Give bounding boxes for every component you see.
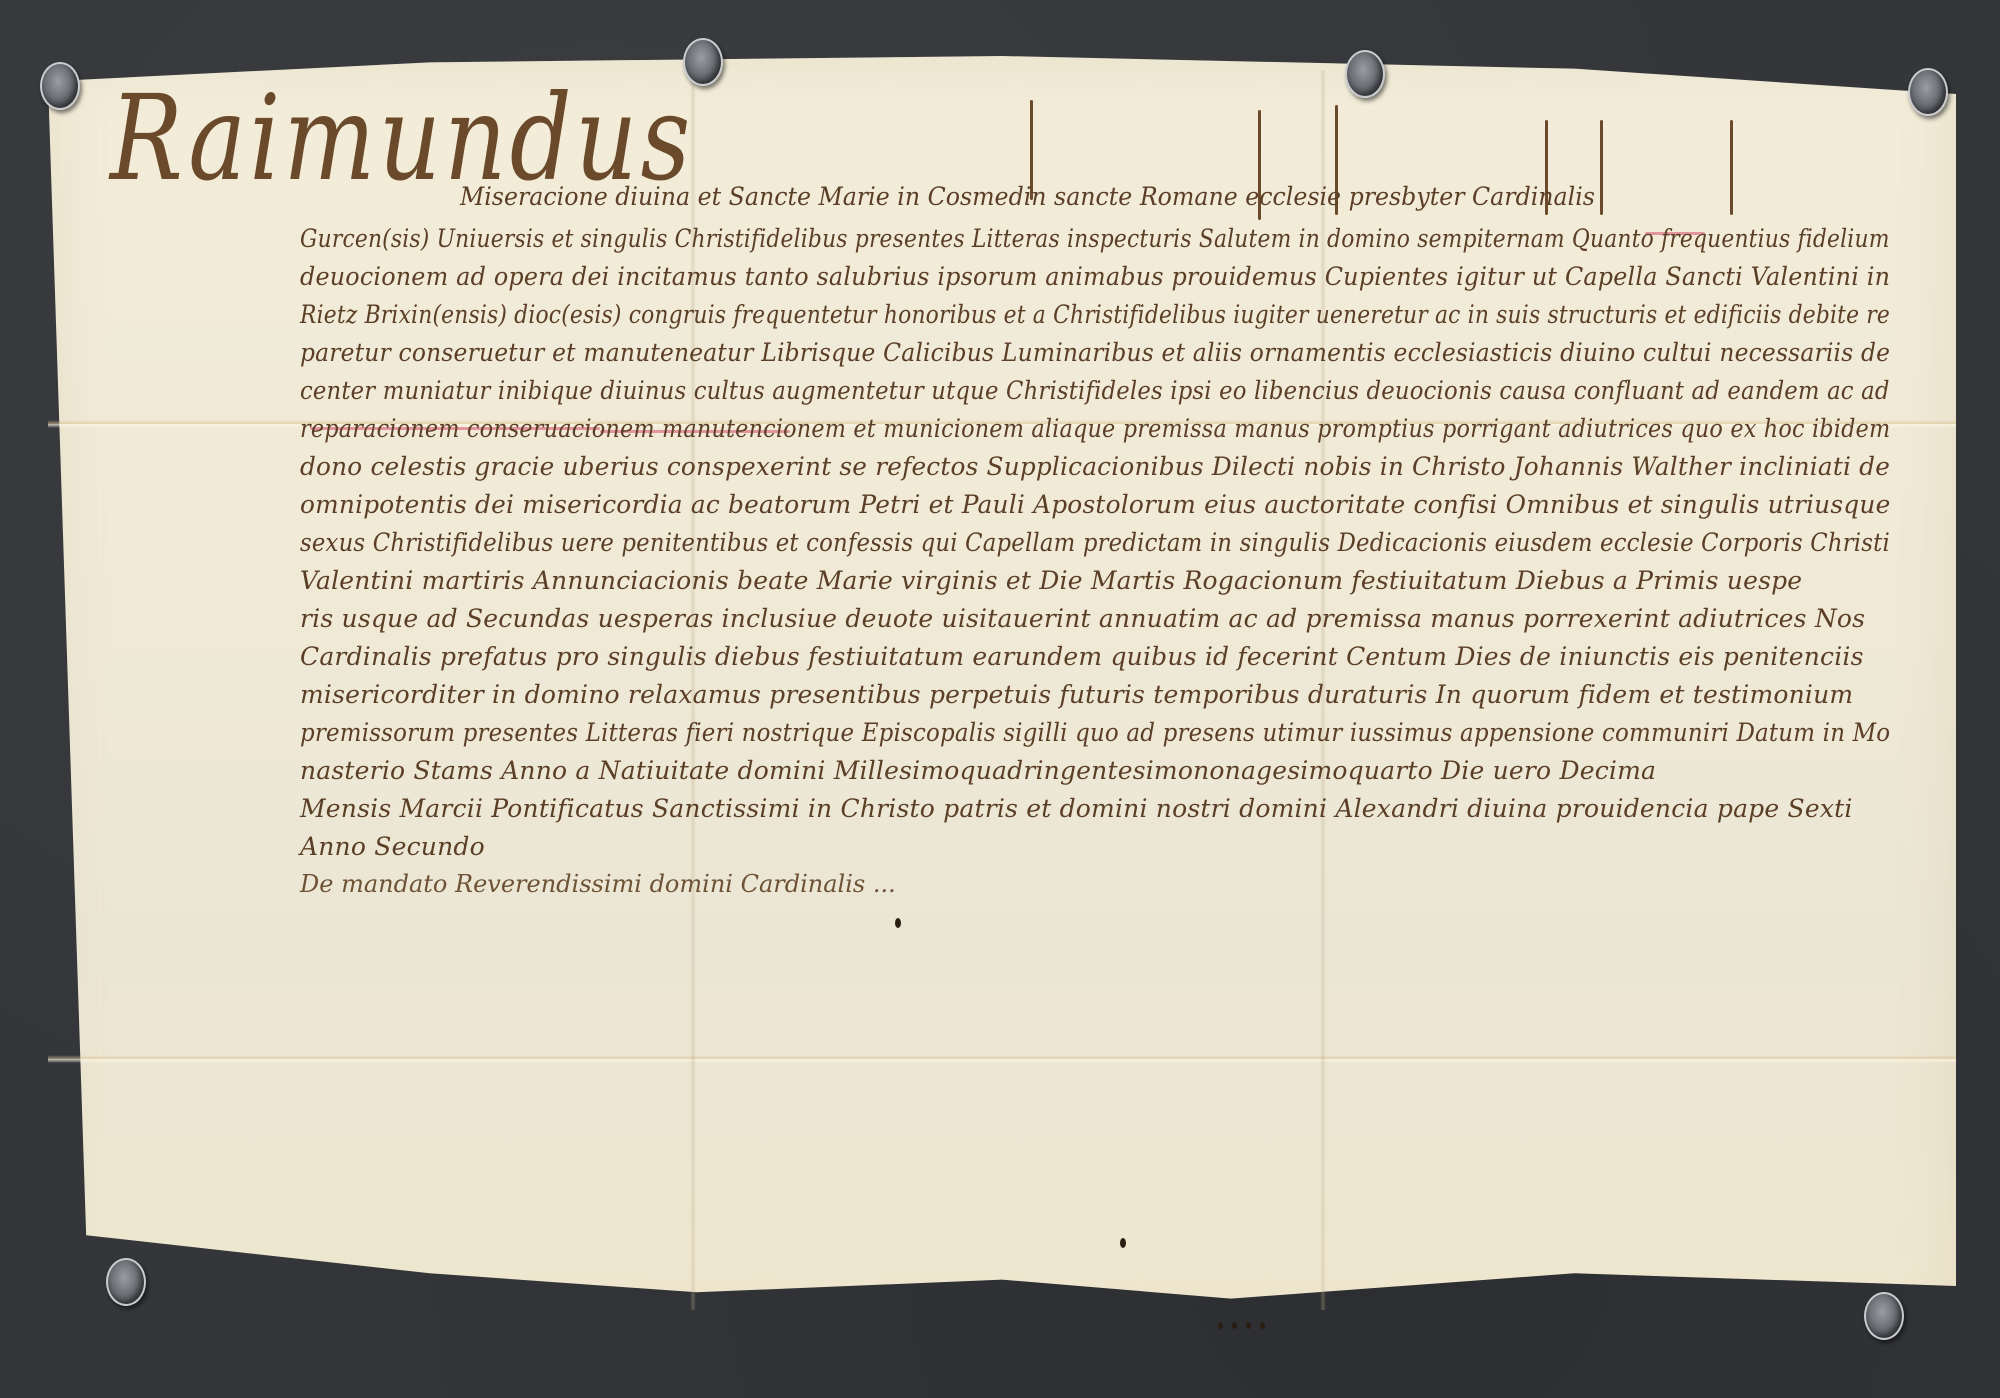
magnet-pin [1908, 68, 1948, 116]
seal-cord-hole [1246, 1322, 1251, 1329]
text-line: misericorditer in domino relaxamus prese… [300, 676, 1853, 714]
text-line: deuocionem ad opera dei incitamus tanto … [300, 258, 1890, 296]
text-line: omnipotentis dei misericordia ac beatoru… [300, 486, 1890, 524]
seal-cord-hole [1232, 1322, 1237, 1329]
text-line: nasterio Stams Anno a Natiuitate domini … [300, 752, 1656, 790]
text-line: paretur conseruetur et manuteneatur Libr… [300, 334, 1890, 372]
text-line: reparacionem conseruacionem manutencione… [300, 410, 1890, 448]
text-line: sexus Christifidelibus uere penitentibus… [300, 524, 1890, 562]
fold-line [48, 1055, 1956, 1063]
text-line: Valentini martiris Annunciacionis beate … [300, 562, 1802, 600]
text-line: Gurcen(sis) Uniuersis et singulis Christ… [300, 220, 1890, 258]
magnet-pin [1864, 1292, 1904, 1340]
magnet-pin [40, 62, 80, 110]
seal-cord-hole [1218, 1322, 1223, 1329]
text-line: ris usque ad Secundas uesperas inclusiue… [300, 600, 1865, 638]
magnet-pin [1345, 50, 1385, 98]
parchment-hole [895, 918, 901, 928]
heading-continuation: Miseracione diuina et Sancte Marie in Co… [460, 98, 1880, 216]
seal-cord-hole [1260, 1322, 1265, 1329]
text-line: Mensis Marcii Pontificatus Sanctissimi i… [300, 790, 1853, 828]
text-line: Cardinalis prefatus pro singulis diebus … [300, 638, 1864, 676]
text-line: Rietz Brixin(ensis) dioc(esis) congruis … [300, 296, 1890, 334]
text-line: premissorum presentes Litteras fieri nos… [300, 714, 1890, 752]
magnet-pin [106, 1258, 146, 1306]
parchment-hole [1120, 1238, 1126, 1248]
text-line: Anno Secundo [300, 828, 485, 866]
charter-text: Gurcen(sis) Uniuersis et singulis Christ… [300, 220, 1890, 866]
text-line: dono celestis gracie uberius conspexerin… [300, 448, 1890, 486]
subscription-note: De mandato Reverendissimi domini Cardina… [300, 870, 896, 898]
text-line: center muniatur inibique diuinus cultus … [300, 372, 1890, 410]
